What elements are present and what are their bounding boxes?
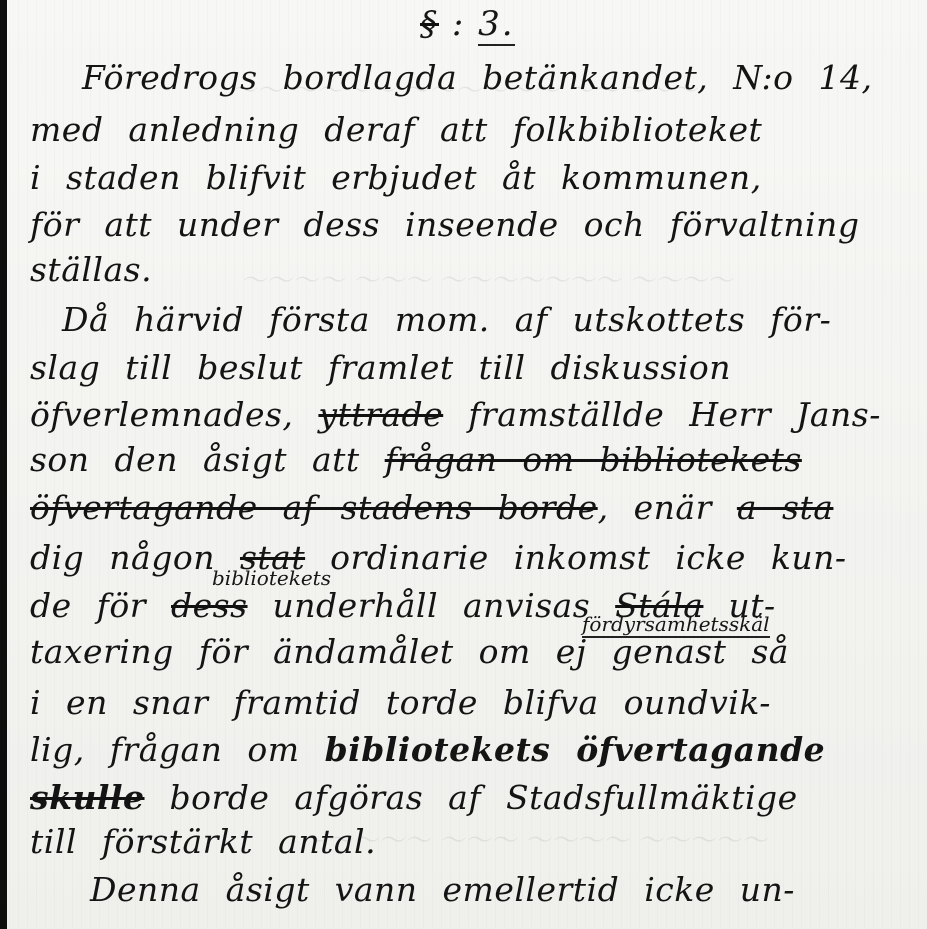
- manuscript-line: son den åsigt att frågan om bibliotekets: [30, 440, 802, 479]
- manuscript-line: ställas.: [30, 250, 152, 289]
- manuscript-line: till förstärkt antal.: [30, 822, 376, 861]
- manuscript-line: Då härvid första mom. af utskottets för-: [62, 300, 831, 339]
- manuscript-line: slag till beslut framlet till diskussion: [30, 348, 731, 387]
- manuscript-line: dig någon stat ordinarie inkomst icke ku…: [30, 538, 847, 577]
- struck-text: yttrade: [318, 395, 443, 434]
- manuscript-line: i en snar framtid torde blifva oundvik-: [30, 683, 771, 722]
- struck-text: dess: [171, 586, 248, 625]
- manuscript-line: i staden blifvit erbjudet åt kommunen,: [30, 158, 762, 197]
- section-number: 3.: [478, 4, 514, 46]
- manuscript-line: Denna åsigt vann emellertid icke un-: [90, 870, 795, 909]
- manuscript-page: ～～ ～～～～ ～～～～～～ ～～～～～ ～～～～ ～～～ ～～～～～～～ ～～…: [0, 0, 927, 929]
- struck-text: öfvertagande af stadens borde: [30, 488, 598, 527]
- page-edge-shadow: [0, 0, 7, 929]
- manuscript-line: öfvertagande af stadens borde, enär a st…: [30, 488, 833, 527]
- struck-text: a sta: [737, 488, 834, 527]
- struck-text: skulle: [30, 778, 145, 817]
- manuscript-line: Föredrogs bordlagda betänkandet, N:o 14,: [82, 58, 872, 97]
- manuscript-line: för att under dess inseende och förvaltn…: [30, 205, 859, 244]
- manuscript-line: lig, frågan om bibliotekets öfvertagande: [30, 730, 825, 769]
- manuscript-line: öfverlemnades, yttrade framställde Herr …: [30, 395, 881, 434]
- struck-text: frågan om bibliotekets: [385, 440, 802, 479]
- section-colon: :: [452, 4, 465, 44]
- manuscript-line: skulle borde afgöras af Stadsfullmäktige: [30, 778, 798, 817]
- manuscript-line: taxering för ändamålet om ej genast så: [30, 632, 789, 671]
- bleed-through: ～～～～ ～～～ ～～～～～～～ ～～～～: [240, 260, 733, 297]
- section-mark: §: [420, 4, 439, 44]
- section-heading: § : 3.: [420, 4, 515, 44]
- manuscript-line: med anledning deraf att folkbiblioteket: [30, 110, 762, 149]
